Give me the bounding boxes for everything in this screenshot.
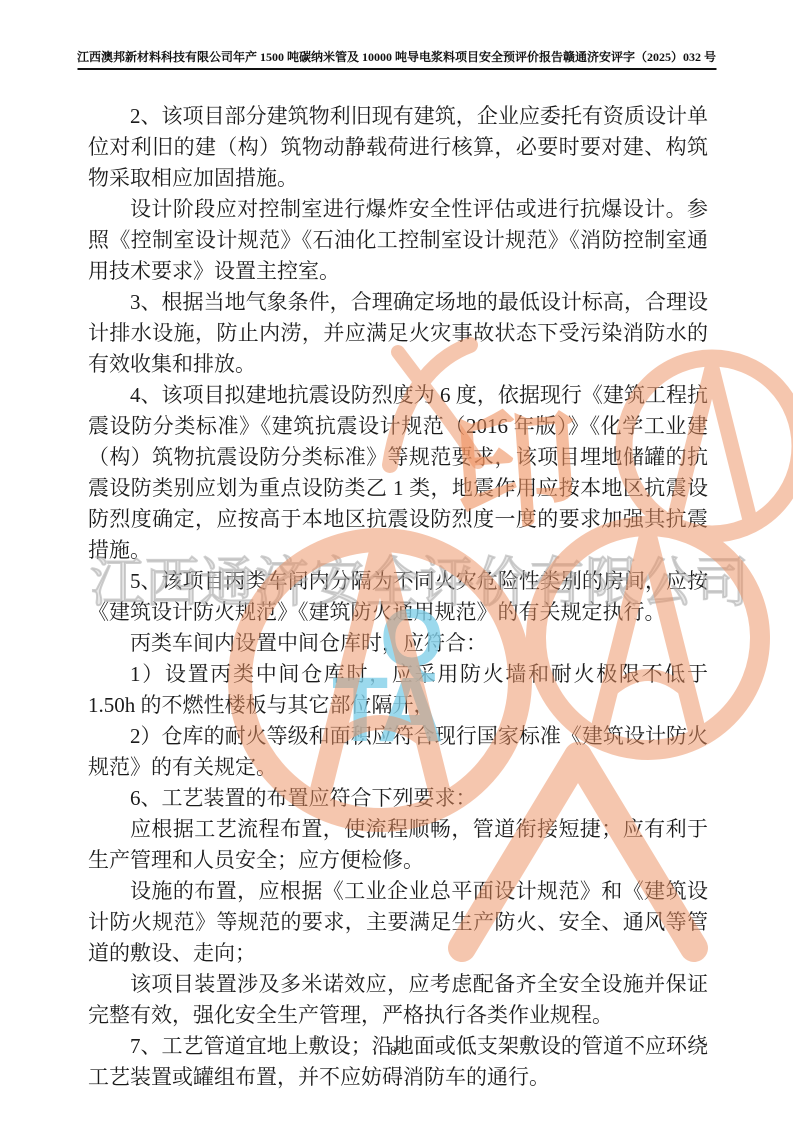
paragraph: 1）设置丙类中间仓库时，应采用防火墙和耐火极限不低于 1.50h 的不燃性楼板与… <box>88 659 708 721</box>
paragraph: 2、该项目部分建筑物利旧现有建筑，企业应委托有资质设计单位对利旧的建（构）筑物动… <box>88 101 708 194</box>
document-body: 2、该项目部分建筑物利旧现有建筑，企业应委托有资质设计单位对利旧的建（构）筑物动… <box>88 101 708 1093</box>
paragraph: 5、该项目丙类车间内分隔为不同火灾危险性类别的房间，应按《建筑设计防火规范》《建… <box>88 566 708 628</box>
paragraph: 7、工艺管道宜地上敷设；沿地面或低支架敷设的管道不应环绕工艺装置或罐组布置，并不… <box>88 1031 708 1093</box>
paragraph: 4、该项目拟建地抗震设防烈度为 6 度，依据现行《建筑工程抗震设防分类标准》《建… <box>88 380 708 566</box>
paragraph: 该项目装置涉及多米诺效应，应考虑配备齐全安全设施并保证完整有效，强化安全生产管理… <box>88 969 708 1031</box>
paragraph: 设施的布置，应根据《工业企业总平面设计规范》和《建筑设计防火规范》等规范的要求，… <box>88 876 708 969</box>
document-header: 江西澳邦新材料科技有限公司年产 1500 吨碳纳米管及 10000 吨导电浆料项… <box>77 48 716 70</box>
page-number: 87 <box>0 1043 793 1059</box>
paragraph: 丙类车间内设置中间仓库时，应符合： <box>88 628 708 659</box>
paragraph: 应根据工艺流程布置，使流程顺畅，管道衔接短捷；应有利于生产管理和人员安全；应方便… <box>88 814 708 876</box>
paragraph: 设计阶段应对控制室进行爆炸安全性评估或进行抗爆设计。参照《控制室设计规范》《石油… <box>88 194 708 287</box>
paragraph: 6、工艺装置的布置应符合下列要求： <box>88 783 708 814</box>
paragraph: 2）仓库的耐火等级和面积应符合现行国家标准《建筑设计防火规范》的有关规定。 <box>88 721 708 783</box>
paragraph: 3、根据当地气象条件，合理确定场地的最低设计标高，合理设计排水设施，防止内涝，并… <box>88 287 708 380</box>
document-page: 江西澳邦新材料科技有限公司年产 1500 吨碳纳米管及 10000 吨导电浆料项… <box>0 0 793 1122</box>
